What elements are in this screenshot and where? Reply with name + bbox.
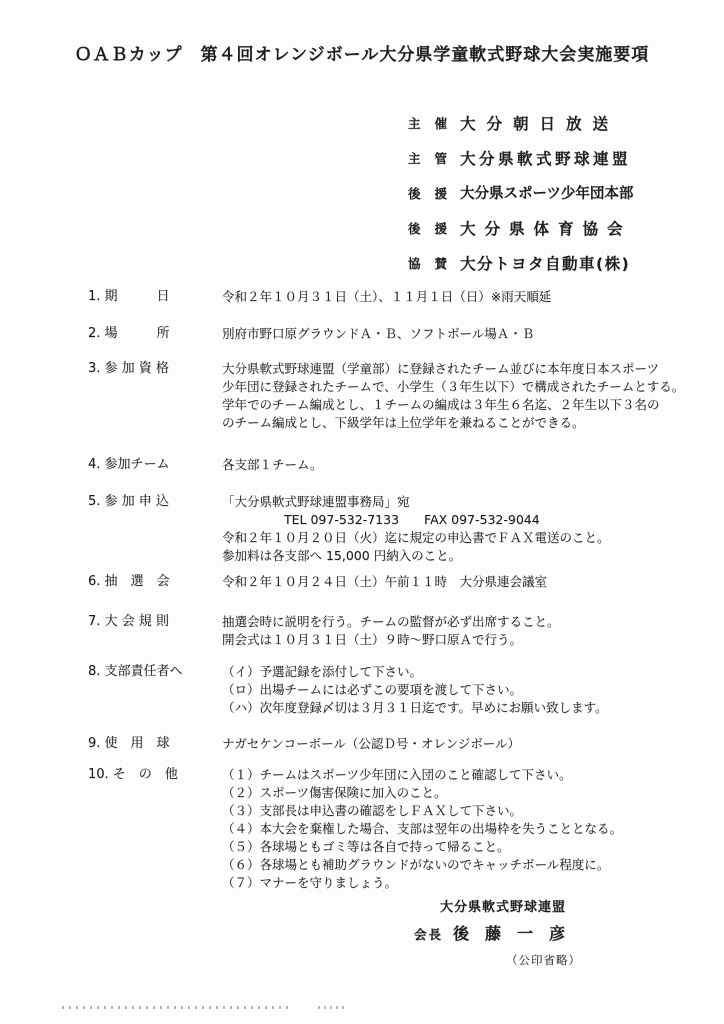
item-line: 抽選会時に説明を行う。チームの監督が必ず出席すること。 <box>222 613 560 631</box>
sponsor-role: 後援 <box>408 184 460 202</box>
signature-role: 会長 <box>414 925 443 943</box>
item-line: ナガセケンコーボール（公認Ｄ号・オレンジボール） <box>222 735 520 753</box>
item-line: 別府市野口原グラウンドＡ・Ｂ、ソフトボール場Ａ・Ｂ <box>222 325 534 343</box>
item-line: 大分県軟式野球連盟（学童部）に登録されたチーム並びに本年度日本スポーツ <box>222 360 684 378</box>
sponsor-row: 主催 大分朝日放送 <box>408 105 724 140</box>
sponsor-name: 大分県体育協会 <box>460 217 632 239</box>
sponsor-row: 主管 大分県軟式野球連盟 <box>408 140 724 175</box>
item-label: 5. 参 加 申 込 <box>88 493 222 565</box>
signature-organization: 大分県軟式野球連盟 <box>440 896 724 915</box>
item-label: 2. 場 所 <box>88 325 222 343</box>
item-line: （ハ）次年度登録〆切は３月３１日迄です。早めにお願い致します。 <box>222 699 608 717</box>
numbered-items: 1. 期 日 令和２年１０月３１日（土）、１１月１日（日）※雨天順延 2. 場 … <box>88 288 688 892</box>
item-line: 各支部１チーム。 <box>222 456 322 474</box>
sponsor-row: 後援 大分県スポーツ少年団本部 <box>408 175 724 210</box>
item-line: （４）本大会を棄権した場合、支部は翌年の出場枠を失うこととなる。 <box>222 820 622 838</box>
sponsor-role: 主管 <box>408 149 460 167</box>
item-line: 令和２年１０月３１日（土）、１１月１日（日）※雨天順延 <box>222 288 551 306</box>
item-line: 少年団に登録されたチームで、小学生（３年生以下）で構成されたチームとする。 <box>222 378 684 396</box>
sponsor-row: 協賛 大分トヨタ自動車(株) <box>408 245 724 280</box>
item-line-contact: TEL 097-532-7133 FAX 097-532-9044 <box>222 511 610 529</box>
item-application: 5. 参 加 申 込 「大分県軟式野球連盟事務局」宛 TEL 097-532-7… <box>88 493 688 565</box>
sponsor-block: 主催 大分朝日放送 主管 大分県軟式野球連盟 後援 大分県スポーツ少年団本部 後… <box>408 105 724 280</box>
item-label: 10. そ の 他 <box>88 766 222 892</box>
item-date: 1. 期 日 令和２年１０月３１日（土）、１１月１日（日）※雨天順延 <box>88 288 688 306</box>
item-place: 2. 場 所 別府市野口原グラウンドＡ・Ｂ、ソフトボール場Ａ・Ｂ <box>88 325 688 343</box>
signature-block: 大分県軟式野球連盟 会長 後藤一彦 （公印省略） <box>414 896 724 968</box>
item-line: 令和２年１０月２４日（土）午前１１時 大分県連会議室 <box>222 573 547 591</box>
item-line: 令和２年１０月２０日（火）迄に規定の申込書でＦＡＸ電送のこと。 <box>222 529 610 547</box>
item-line: （１）チームはスポーツ少年団に入団のこと確認して下さい。 <box>222 766 622 784</box>
sponsor-role: 協賛 <box>408 254 460 272</box>
item-line: （３）支部長は申込書の確認をしＦＡＸして下さい。 <box>222 802 622 820</box>
item-label: 9. 使 用 球 <box>88 735 222 753</box>
document-title: ＯＡＢカップ 第４回オレンジボール大分県学童軟式野球大会実施要項 <box>0 0 724 65</box>
item-rules: 7. 大 会 規 則 抽選会時に説明を行う。チームの監督が必ず出席すること。 開… <box>88 613 688 649</box>
item-label: 3. 参 加 資 格 <box>88 360 222 432</box>
sponsor-row: 後援 大分県体育協会 <box>408 210 724 245</box>
scan-noise-artifact <box>318 1006 344 1009</box>
item-line: （２）スポーツ傷害保険に加入のこと。 <box>222 784 622 802</box>
item-label: 7. 大 会 規 則 <box>88 613 222 649</box>
item-line: 開会式は１０月３１日（土）９時〜野口原Ａで行う。 <box>222 631 560 649</box>
item-eligibility: 3. 参 加 資 格 大分県軟式野球連盟（学童部）に登録されたチーム並びに本年度… <box>88 360 688 432</box>
item-line: （７）マナーを守りましょう。 <box>222 874 622 892</box>
item-line: のチーム編成とし、下級学年は上位学年を兼ねることができる。 <box>222 414 684 432</box>
item-label: 1. 期 日 <box>88 288 222 306</box>
sponsor-role: 主催 <box>408 114 460 132</box>
item-line: （５）各球場ともゴミ等は各自で持って帰ること。 <box>222 838 622 856</box>
item-ball: 9. 使 用 球 ナガセケンコーボール（公認Ｄ号・オレンジボール） <box>88 735 688 753</box>
item-label: 4. 参加チーム <box>88 456 222 474</box>
item-label: 6. 抽 選 会 <box>88 573 222 591</box>
item-line: （ロ）出場チームには必ずこの要項を渡して下さい。 <box>222 681 608 699</box>
item-label: 8. 支部責任者へ <box>88 663 222 717</box>
sponsor-role: 後援 <box>408 219 460 237</box>
item-line: 「大分県軟式野球連盟事務局」宛 <box>222 493 610 511</box>
item-teams: 4. 参加チーム 各支部１チーム。 <box>88 456 688 474</box>
item-line: （６）各球場とも補助グラウンドがないのでキャッチボール程度に。 <box>222 856 622 874</box>
scan-noise-artifact <box>62 1006 292 1009</box>
item-line: （イ）予選記録を添付して下さい。 <box>222 663 608 681</box>
item-line: 学年でのチーム編成とし、１チームの編成は３年生６名迄、２年生以下３名の <box>222 396 684 414</box>
seal-omitted-note: （公印省略） <box>506 952 724 968</box>
sponsor-name: 大分県スポーツ少年団本部 <box>460 182 633 203</box>
item-line: 参加料は各支部へ 15,000 円納入のこと。 <box>222 547 610 565</box>
sponsor-name: 大分朝日放送 <box>460 112 619 134</box>
scanned-document-page: ＯＡＢカップ 第４回オレンジボール大分県学童軟式野球大会実施要項 主催 大分朝日… <box>0 0 724 1024</box>
signature-name: 後藤一彦 <box>453 921 581 944</box>
item-lottery: 6. 抽 選 会 令和２年１０月２４日（土）午前１１時 大分県連会議室 <box>88 573 688 591</box>
item-others: 10. そ の 他 （１）チームはスポーツ少年団に入団のこと確認して下さい。 （… <box>88 766 688 892</box>
item-branch-managers: 8. 支部責任者へ （イ）予選記録を添付して下さい。 （ロ）出場チームには必ずこ… <box>88 663 688 717</box>
sponsor-name: 大分県軟式野球連盟 <box>460 147 631 169</box>
sponsor-name: 大分トヨタ自動車(株) <box>460 252 630 274</box>
